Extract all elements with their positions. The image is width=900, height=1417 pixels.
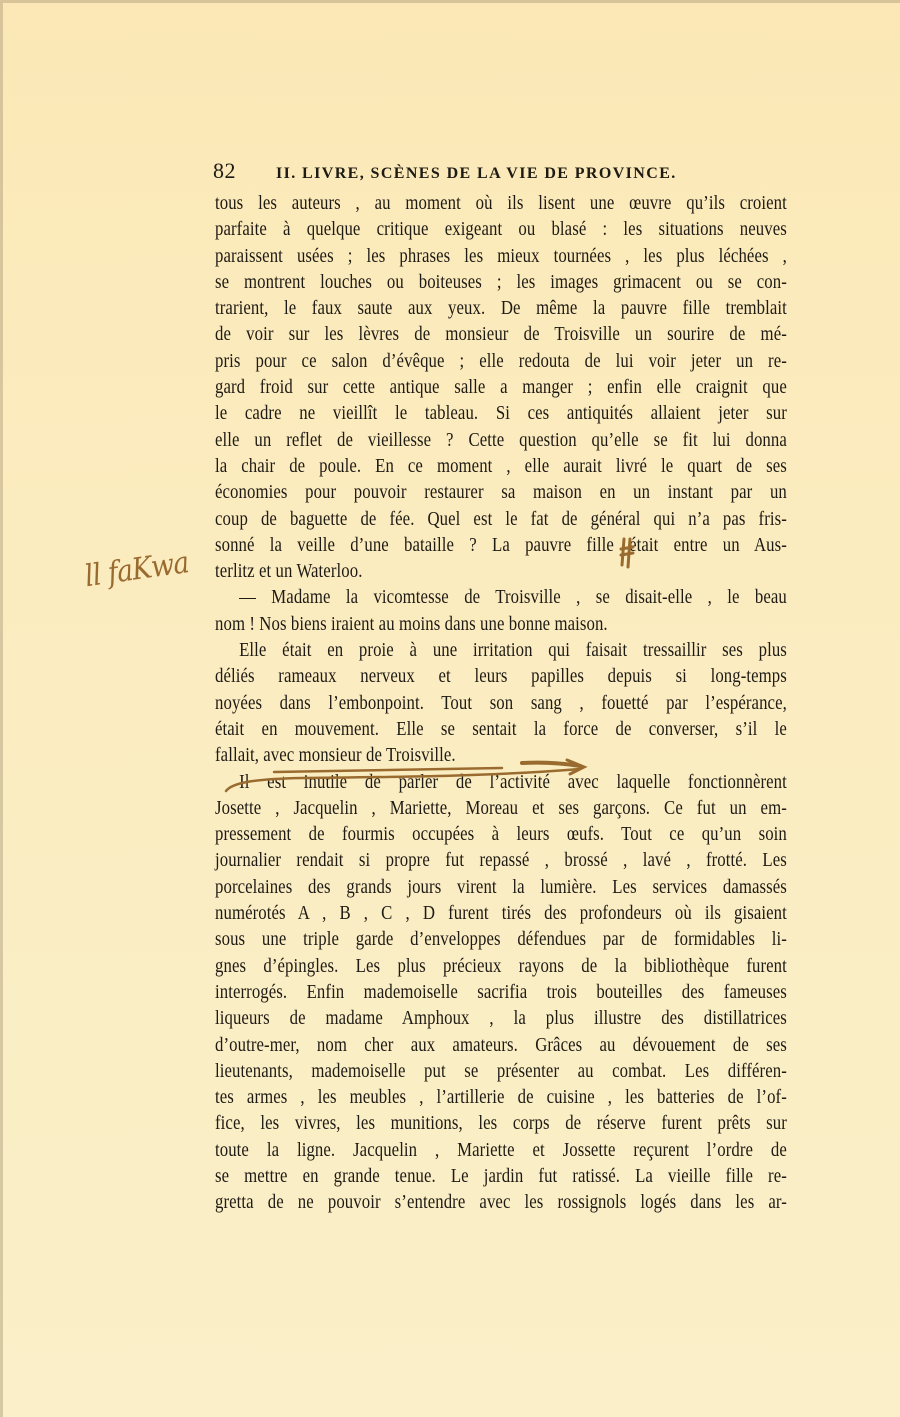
text-line: noyées dans l’embonpoint. Tout son sang … xyxy=(215,691,787,717)
text-line: sous une triple garde d’enveloppes défen… xyxy=(215,927,787,953)
text-line: terlitz et un Waterloo. xyxy=(215,559,787,585)
text-line: elle un reflet de vieillesse ? Cette que… xyxy=(215,428,787,454)
text-line: liqueurs de madame Amphoux , la plus ill… xyxy=(215,1006,787,1032)
text-line: nom ! Nos biens iraient au moins dans un… xyxy=(215,612,787,638)
text-line: de voir sur les lèvres de monsieur de Tr… xyxy=(215,322,787,348)
running-head: 82 II. LIVRE, SCÈNES DE LA VIE DE PROVIN… xyxy=(213,158,793,188)
text-line: se montrent louches ou boiteuses ; les i… xyxy=(215,270,787,296)
deletion-mark-icon xyxy=(619,537,635,569)
text-line: gnes d’épingles. Les plus précieux rayon… xyxy=(215,954,787,980)
text-line: lieutenants, mademoiselle put se présent… xyxy=(215,1059,787,1085)
text-line: trarient, le faux saute aux yeux. De mêm… xyxy=(215,296,787,322)
text-line: pressement de fourmis occupées à leurs œ… xyxy=(215,822,787,848)
text-line: Josette , Jacquelin , Mariette, Moreau e… xyxy=(215,796,787,822)
text-line: sonné la veille d’une bataille ? La pauv… xyxy=(215,533,787,559)
text-line: journalier rendait si propre fut repassé… xyxy=(215,848,787,874)
text-line: tous les auteurs , au moment où ils lise… xyxy=(215,191,787,217)
text-line: économies pour pouvoir restaurer sa mais… xyxy=(215,480,787,506)
text-line: gard froid sur cette antique salle a man… xyxy=(215,375,787,401)
text-line: numérotés A , B , C , D furent tirés des… xyxy=(215,901,787,927)
text-line: toute la ligne. Jacquelin , Mariette et … xyxy=(215,1138,787,1164)
text-line: d’outre-mer, nom cher aux amateurs. Grâc… xyxy=(215,1033,787,1059)
text-line: déliés rameaux nerveux et leurs papilles… xyxy=(215,664,787,690)
text-line: parfaite à quelque critique exigeant ou … xyxy=(215,217,787,243)
underline-arrow-icon xyxy=(222,757,592,797)
text-line: Elle était en proie à une irritation qui… xyxy=(215,638,787,664)
text-line: se mettre en grande tenue. Le jardin fut… xyxy=(215,1164,787,1190)
margin-handwritten-note: ll faKwa xyxy=(83,541,224,609)
page-number: 82 xyxy=(213,158,236,184)
text-line: fice, les vivres, les munitions, les cor… xyxy=(215,1111,787,1137)
text-line: la chair de poule. En ce moment , elle a… xyxy=(215,454,787,480)
text-line: gretta de ne pouvoir s’entendre avec les… xyxy=(215,1190,787,1216)
text-line: — Madame la vicomtesse de Troisville , s… xyxy=(215,585,787,611)
text-line: tes armes , les meubles , l’artillerie d… xyxy=(215,1085,787,1111)
text-line: paraissent usées ; les phrases les mieux… xyxy=(215,244,787,270)
text-line: coup de baguette de fée. Quel est le fat… xyxy=(215,507,787,533)
body-text: tous les auteurs , au moment où ils lise… xyxy=(215,191,787,1217)
text-line: le cadre ne vieillît le tableau. Si ces … xyxy=(215,401,787,427)
text-line: porcelaines des grands jours virent la l… xyxy=(215,875,787,901)
text-line: interrogés. Enfin mademoiselle sacrifia … xyxy=(215,980,787,1006)
running-title: II. LIVRE, SCÈNES DE LA VIE DE PROVINCE. xyxy=(276,165,677,183)
text-line: pris pour ce salon d’évêque ; elle redou… xyxy=(215,349,787,375)
text-line: était en mouvement. Elle se sentait la f… xyxy=(215,717,787,743)
